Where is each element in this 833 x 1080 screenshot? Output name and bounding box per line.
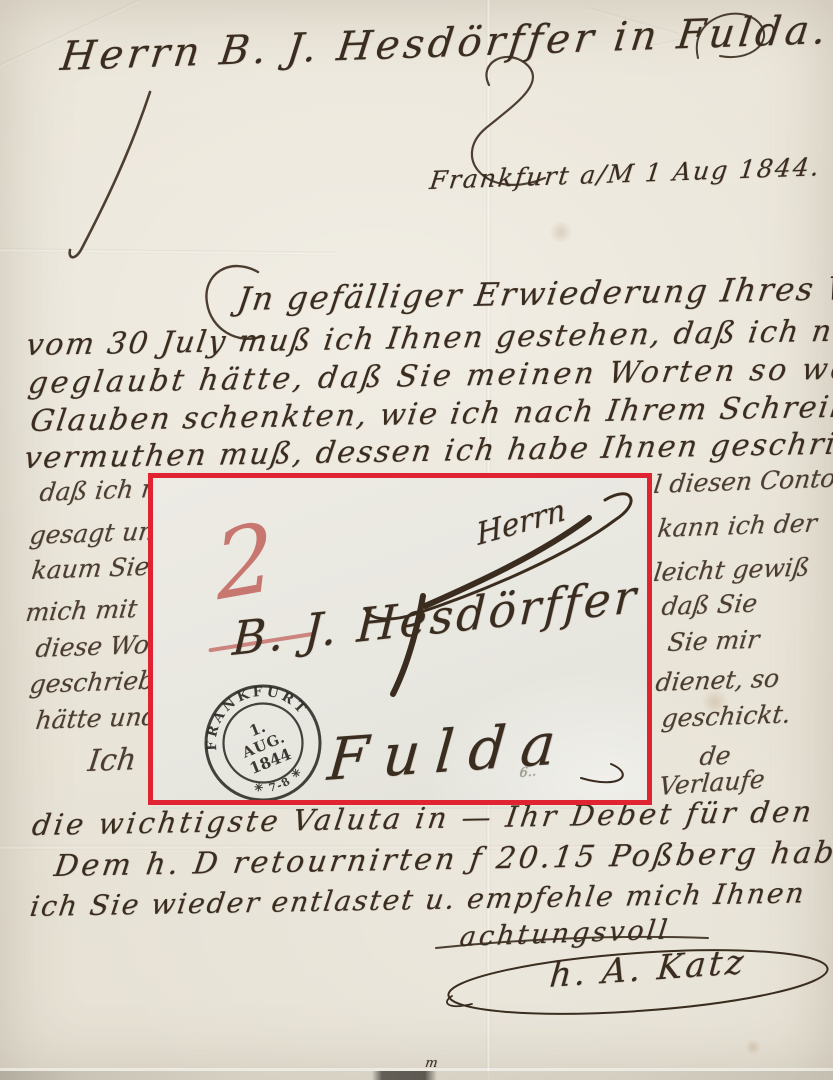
body-line: Jn gefälliger Erwiederung Ihres Werthen — [235, 267, 833, 318]
body-fragment-right: kann ich der — [656, 508, 818, 543]
flourish-initial-stroke — [393, 596, 423, 694]
body-fragment-left: mich mit — [24, 594, 139, 627]
body-fragment-right: daß Sie — [660, 589, 759, 621]
letter-scan: Herrn B. J. Hesdörffer in Fulda.Frankfur… — [0, 0, 833, 1080]
body-fragment-left: kaum Sie — [30, 552, 151, 585]
body-fragment-right: dienet, so — [654, 664, 781, 697]
body-fragment-right: geschickt. — [660, 699, 792, 733]
dateline: Frankfurt a/M 1 Aug 1844. — [428, 152, 822, 195]
body-fragment-left: Ich — [86, 742, 138, 779]
signature-text: h. A. Katz — [548, 942, 748, 996]
flourish-herrn-sweep — [366, 494, 631, 619]
body-fragment-right: Sie mir — [666, 625, 761, 657]
body-line: Dem h. D retournirten ƒ 20.15 Poßberg ha… — [52, 835, 833, 884]
postal-rate-mark: 2 — [212, 503, 279, 623]
flourish-fulda-tail — [581, 764, 623, 782]
body-fragment-right: leicht gewiß — [652, 552, 811, 587]
closing: achtungsvoll — [458, 915, 672, 953]
flourish-herrn-stroke — [425, 518, 589, 606]
address-line: Herrn B. J. Hesdörffer in Fulda. — [58, 7, 832, 80]
body-line: ich Sie wieder entlastet u. empfehle mic… — [28, 876, 808, 923]
cover-inset: 2 Herrn B. J. Hesdörffer Fulda 6‥ FRANKF… — [148, 473, 652, 805]
ink-speck: m — [424, 1056, 439, 1071]
body-fragment-right: l diesen Conto — [652, 464, 833, 499]
body-fragment-left: hätte und — [34, 702, 160, 735]
